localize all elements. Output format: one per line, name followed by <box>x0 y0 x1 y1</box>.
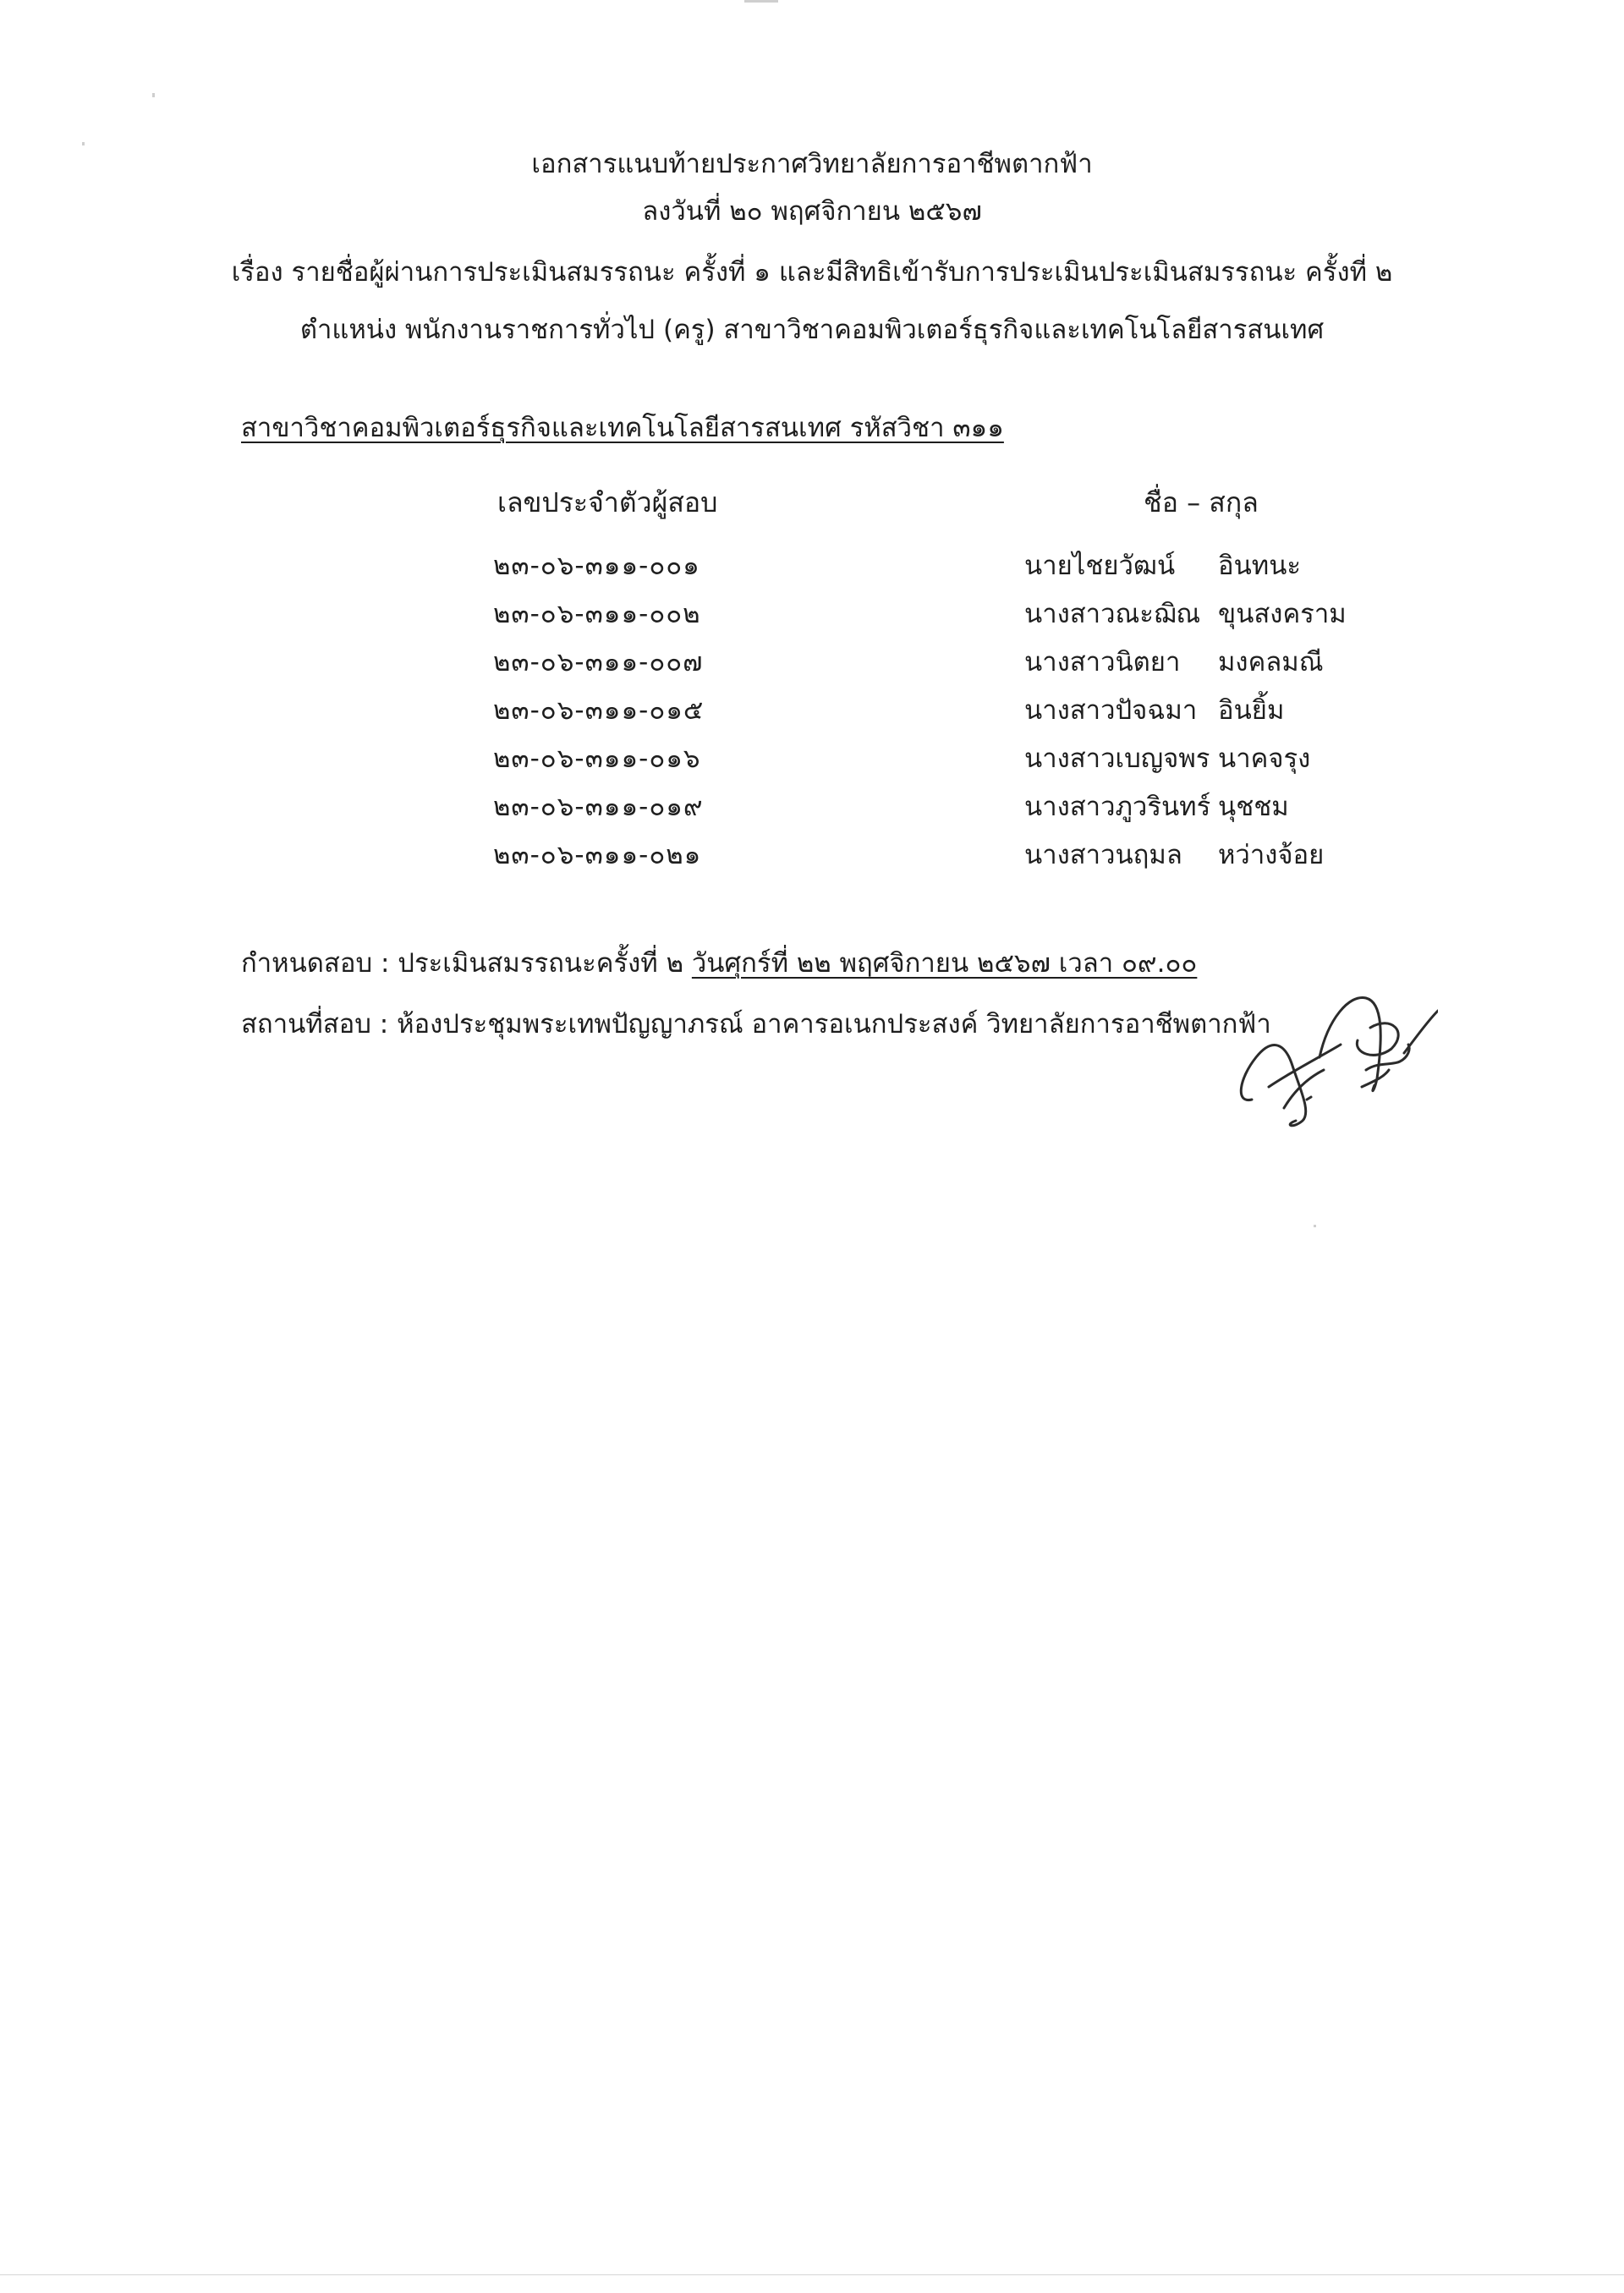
scan-artifact <box>1314 1225 1316 1227</box>
candidate-id: ๒๓-๐๖-๓๑๑-๐๑๕ <box>493 692 704 729</box>
section-title: สาขาวิชาคอมพิวเตอร์ธุรกิจและเทคโนโลยีสาร… <box>241 409 1004 447</box>
candidate-id: ๒๓-๐๖-๓๑๑-๐๐๗ <box>493 644 703 681</box>
scan-artifact <box>744 0 778 3</box>
candidate-id: ๒๓-๐๖-๓๑๑-๐๐๑ <box>493 547 700 584</box>
header-title: เอกสารแนบท้ายประกาศวิทยาลัยการอาชีพตากฟ้… <box>0 145 1624 183</box>
exam-schedule-label: กำหนดสอบ : ประเมินสมรรถนะครั้งที่ ๒ <box>241 948 692 979</box>
document-page: เอกสารแนบท้ายประกาศวิทยาลัยการอาชีพตากฟ้… <box>0 0 1624 2293</box>
exam-schedule: กำหนดสอบ : ประเมินสมรรถนะครั้งที่ ๒ วันศ… <box>241 945 1197 982</box>
candidate-first-name: นางสาวเบญจพร <box>1024 740 1210 777</box>
candidate-first-name: นางสาวปัจฉมา <box>1024 692 1197 729</box>
candidate-first-name: นางสาวนิตยา <box>1024 644 1180 681</box>
header-subject: เรื่อง รายชื่อผู้ผ่านการประเมินสมรรถนะ ค… <box>0 254 1624 291</box>
candidate-id: ๒๓-๐๖-๓๑๑-๐๑๙ <box>493 788 704 826</box>
candidate-first-name: นางสาวณะฌิณ <box>1024 595 1200 633</box>
candidate-last-name: ขุนสงคราม <box>1218 595 1347 633</box>
scan-artifact <box>152 93 155 97</box>
signature-icon <box>1201 985 1438 1155</box>
candidate-last-name: หว่างจ้อย <box>1218 837 1324 874</box>
candidate-last-name: อินทนะ <box>1218 547 1301 584</box>
candidate-first-name: นางสาวนฤมล <box>1024 837 1182 874</box>
candidate-id: ๒๓-๐๖-๓๑๑-๐๐๒ <box>493 595 701 633</box>
candidate-id: ๒๓-๐๖-๓๑๑-๐๑๖ <box>493 740 701 777</box>
candidate-last-name: มงคลมณี <box>1218 644 1324 681</box>
candidate-last-name: อินยิ้ม <box>1218 692 1284 729</box>
candidate-first-name: นายไชยวัฒน์ <box>1024 547 1175 584</box>
candidate-first-name: นางสาวภูวรินทร์ <box>1024 788 1210 826</box>
scan-bottom-edge <box>0 2274 1624 2275</box>
header-position: ตำแหน่ง พนักงานราชการทั่วไป (ครู) สาขาวิ… <box>0 311 1624 348</box>
candidate-last-name: นาคจรุง <box>1218 740 1310 777</box>
candidate-id: ๒๓-๐๖-๓๑๑-๐๒๑ <box>493 837 701 874</box>
exam-venue: สถานที่สอบ : ห้องประชุมพระเทพปัญญาภรณ์ อ… <box>241 1006 1271 1043</box>
candidate-last-name: นุชชม <box>1218 788 1289 826</box>
exam-schedule-date: วันศุกร์ที่ ๒๒ พฤศจิกายน ๒๕๖๗ เวลา ๐๙.๐๐ <box>692 948 1197 979</box>
column-header-id: เลขประจำตัวผู้สอบ <box>497 484 717 521</box>
column-header-name: ชื่อ – สกุล <box>1144 484 1259 521</box>
header-date: ลงวันที่ ๒๐ พฤศจิกายน ๒๕๖๗ <box>0 193 1624 230</box>
